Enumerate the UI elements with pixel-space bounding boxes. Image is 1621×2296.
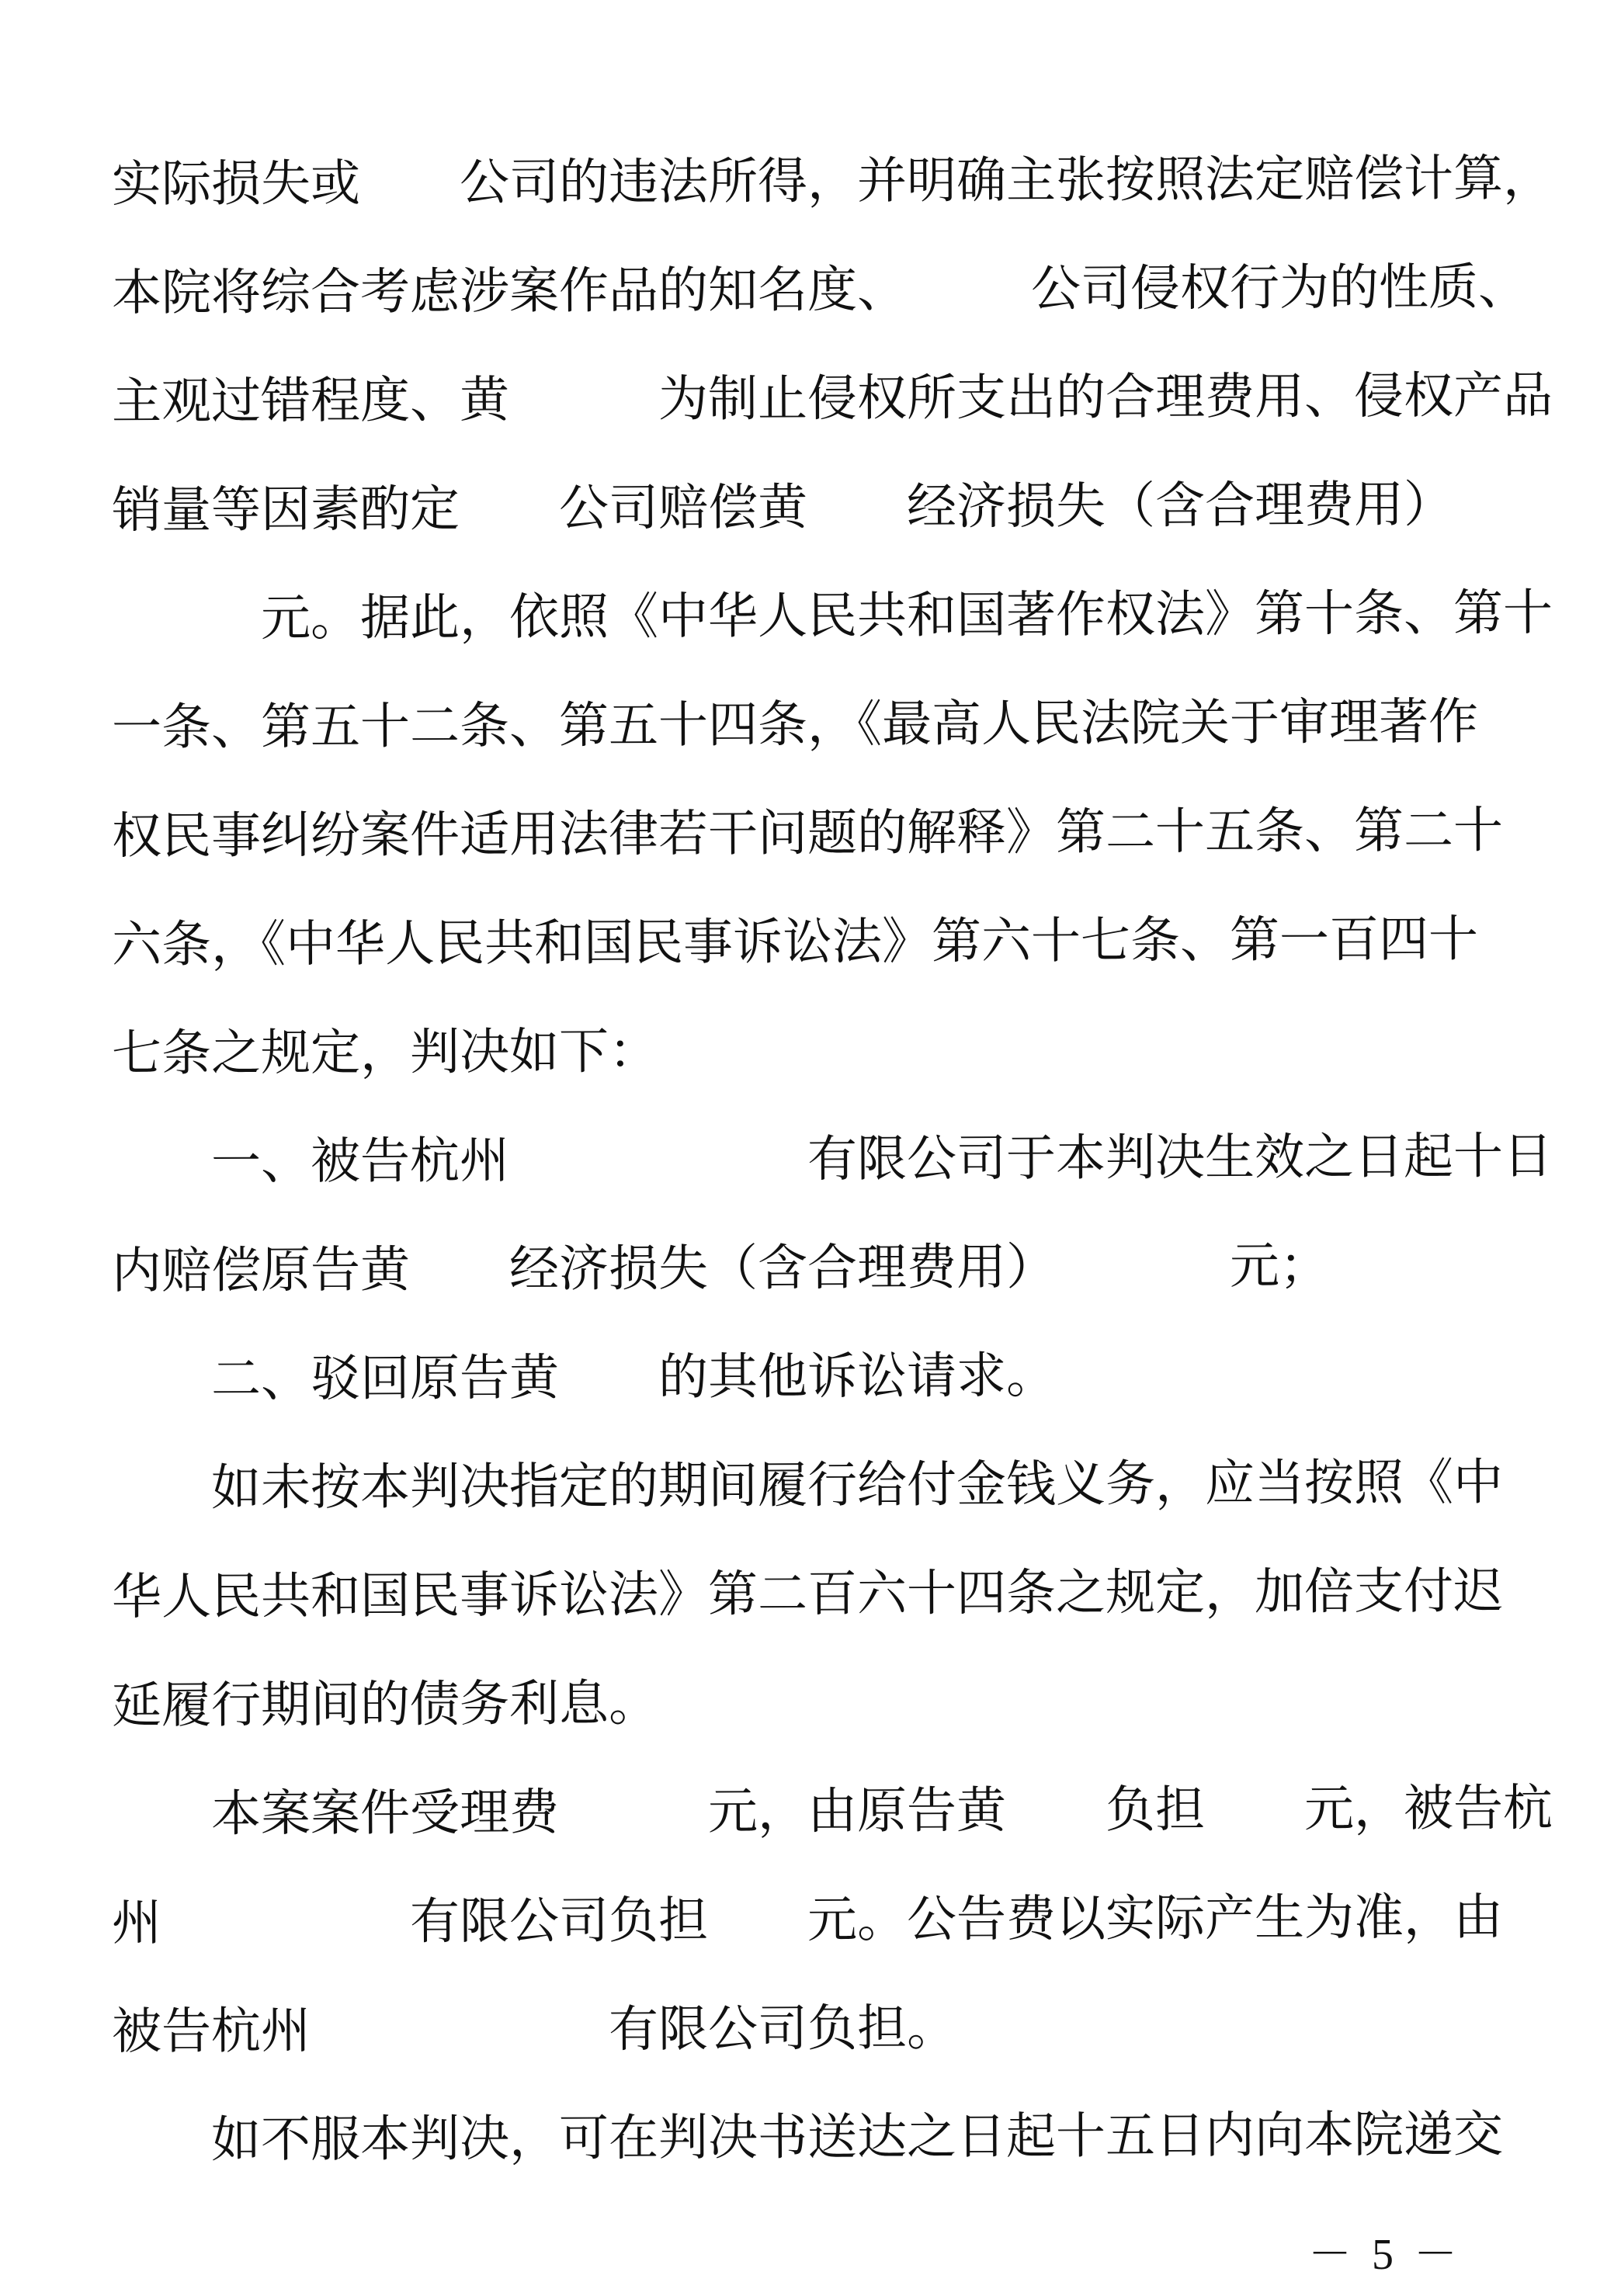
text-line: 州 有限公司负担 元。公告费以实际产生为准，由 [112,1863,1567,1978]
page-number: － 5 － [1308,2220,1462,2282]
text-line: 销量等因素酌定 公司赔偿黄 经济损失（含合理费用） [112,450,1567,565]
text-line: 六条，《中华人民共和国民事诉讼法》第六十七条、第一百四十 [112,885,1567,1000]
text-line: 如未按本判决指定的期间履行给付金钱义务，应当按照《中 [112,1428,1567,1543]
text-line: 权民事纠纷案件适用法律若干问题的解释》第二十五条、第二十 [112,776,1567,891]
text-line: 实际损失或 公司的违法所得，并明确主张按照法定赔偿计算， [112,124,1567,239]
text-line: 被告杭州 有限公司负担。 [112,1972,1567,2086]
document-body: 实际损失或 公司的违法所得，并明确主张按照法定赔偿计算， 本院将综合考虑涉案作品… [112,130,1567,2195]
text-line: 一条、第五十二条、第五十四条，《最高人民法院关于审理著作 [112,668,1567,782]
text-line: 内赔偿原告黄 经济损失（含合理费用） 元； [112,1211,1567,1326]
text-line: 主观过错程度、黄 为制止侵权所支出的合理费用、侵权产品 [112,342,1567,456]
text-line: 本案案件受理费 元，由原告黄 负担 元，被告杭 [112,1754,1567,1869]
text-line: 本院将综合考虑涉案作品的知名度、 公司侵权行为的性质、 [112,233,1567,348]
text-line: 如不服本判决，可在判决书送达之日起十五日内向本院递交 [112,2080,1567,2195]
judgment-document-page: 实际损失或 公司的违法所得，并明确主张按照法定赔偿计算， 本院将综合考虑涉案作品… [0,0,1621,2296]
text-line: 元。据此，依照《中华人民共和国著作权法》第十条、第十 [112,559,1567,674]
text-line: 华人民共和国民事诉讼法》第二百六十四条之规定，加倍支付迟 [112,1537,1567,1652]
text-line: 延履行期间的债务利息。 [112,1646,1567,1760]
text-line: 二、驳回原告黄 的其他诉讼请求。 [112,1320,1567,1434]
text-line: 一、被告杭州 有限公司于本判决生效之日起十日 [112,1102,1567,1217]
text-line: 七条之规定，判决如下： [112,994,1567,1108]
